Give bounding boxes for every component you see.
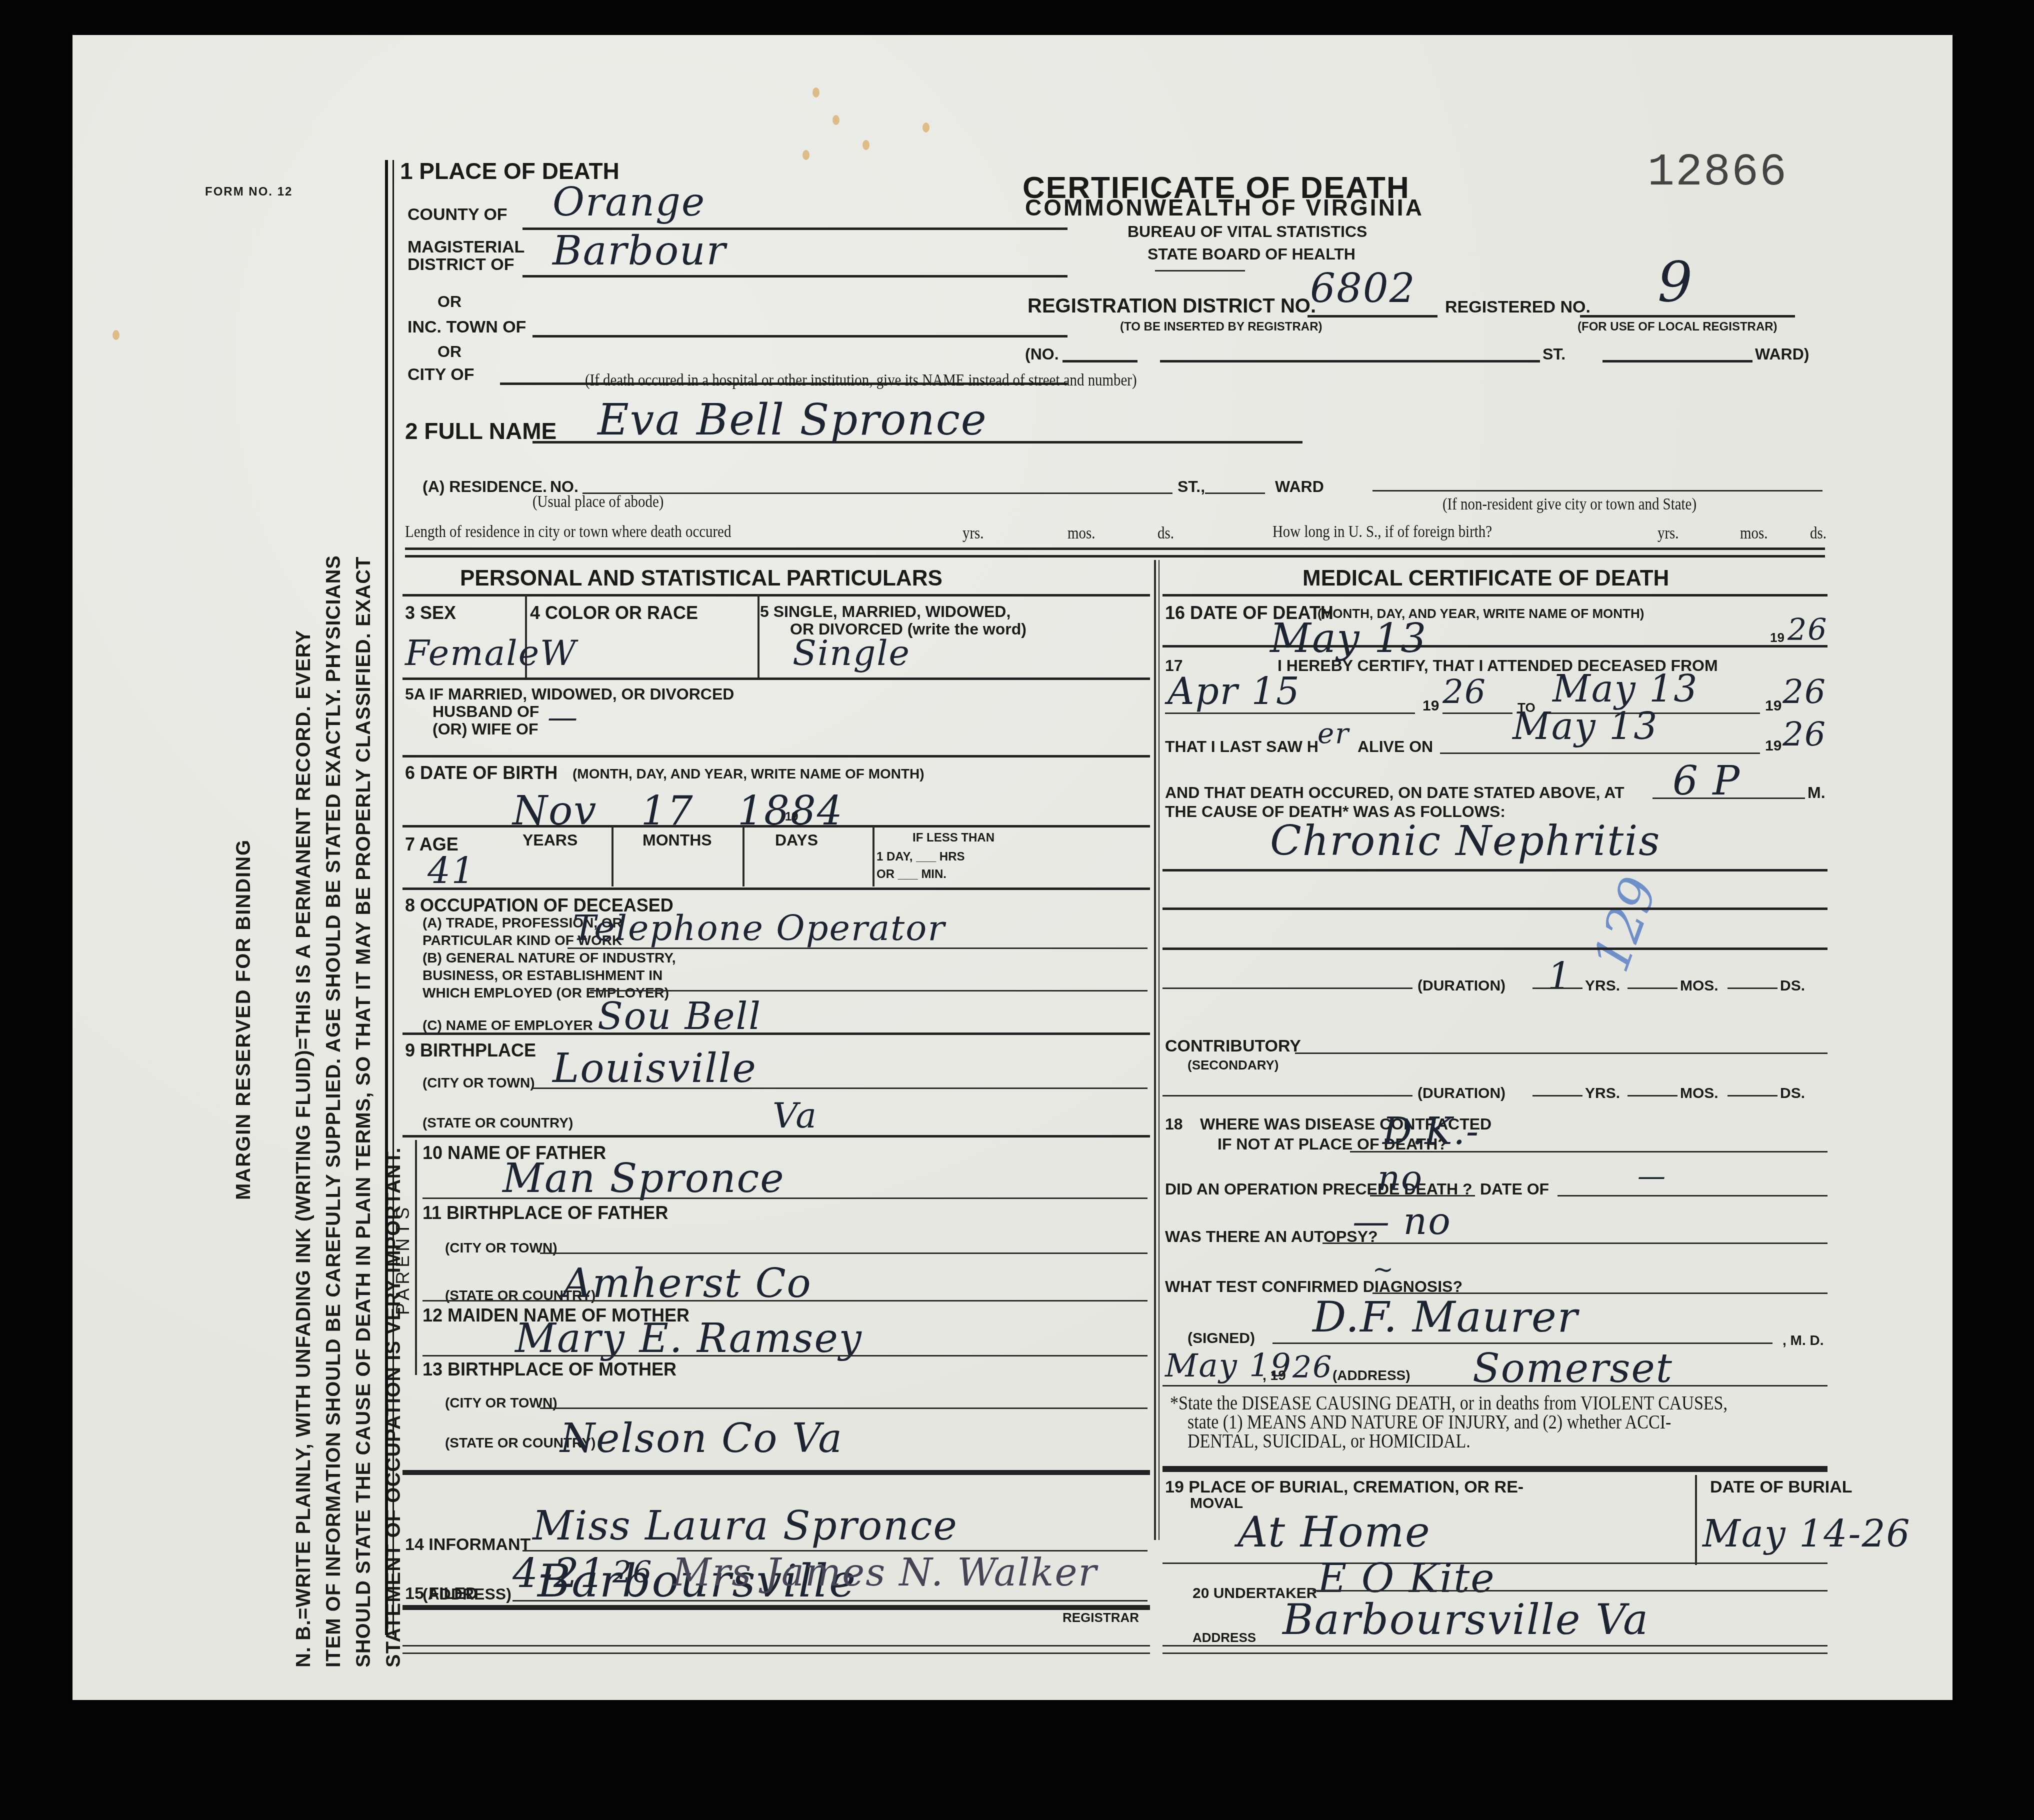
death-certificate-paper: FORM NO. 12 MARGIN RESERVED FOR BINDING … (72, 35, 1952, 1700)
contributory-line (1295, 1052, 1827, 1054)
duration-ds-2: DS. (1780, 1085, 1805, 1102)
duration-mos-2: MOS. (1680, 1085, 1718, 1102)
rule (402, 825, 1150, 827)
rule (422, 1355, 1147, 1356)
mother-birthplace-label: 13 BIRTHPLACE OF MOTHER (422, 1359, 676, 1380)
mother-birthplace-value: Nelson Co Va (560, 1415, 843, 1461)
rule-heavy (1162, 1466, 1827, 1472)
last-saw-year: 26 (1782, 715, 1826, 753)
operation-value: no (1377, 1157, 1423, 1198)
registration-district-value: 6802 (1310, 265, 1416, 311)
occ-b-2: BUSINESS, OR ESTABLISHMENT IN (422, 967, 662, 983)
cause-of-death-value: Chronic Nephritis (1270, 817, 1660, 865)
less-than-2: 1 DAY, ___ HRS (876, 850, 965, 864)
occ-b-1: (B) GENERAL NATURE OF INDUSTRY, (422, 950, 676, 966)
stain (862, 140, 869, 150)
nonresident-note: (If non-resident give city or town and S… (1442, 495, 1696, 514)
contributory-label: CONTRIBUTORY (1165, 1036, 1301, 1056)
occ-b-line (590, 990, 1147, 991)
sex-value: Female (405, 632, 540, 673)
residence-st-label: ST., (1177, 477, 1205, 496)
margin-instruction-2: ITEM OF INFORMATION SHOULD BE CAREFULLY … (322, 555, 345, 1667)
md-label: , M. D. (1782, 1332, 1823, 1348)
cell-divider (742, 826, 744, 886)
dob-note: (MONTH, DAY, AND YEAR, WRITE NAME OF MON… (572, 766, 924, 782)
stain (832, 115, 839, 125)
cause-line (1162, 947, 1827, 950)
inc-town-label: INC. TOWN OF (407, 317, 526, 337)
alive-on-label: ALIVE ON (1357, 737, 1433, 756)
less-than-1: IF LESS THAN (912, 831, 994, 845)
line (1442, 712, 1512, 714)
filed-label: 15 FILED (405, 1584, 477, 1603)
filed-year-value: 26 (612, 1555, 652, 1590)
full-name-value: Eva Bell Spronce (597, 395, 987, 445)
last-saw-year-prefix: 19 (1765, 737, 1781, 754)
physician-signature: D.F. Maurer (1312, 1292, 1578, 1341)
registrar-label: REGISTRAR (1062, 1610, 1139, 1625)
filed-date-value: 4-21 (512, 1550, 606, 1596)
birthplace-state-value: Va (772, 1095, 817, 1136)
physician-address-label: (ADDRESS) (1332, 1367, 1410, 1383)
attended-to-value: May 13 (1552, 667, 1698, 710)
bottom-rule (402, 1645, 1150, 1646)
duration-value: 1 (1547, 955, 1572, 998)
foreign-ds: ds. (1810, 524, 1826, 543)
rule (402, 677, 1150, 680)
duration-yrs: YRS. (1585, 977, 1620, 994)
dob-label: 6 DATE OF BIRTH (405, 762, 557, 783)
spouse-label-3: (OR) WIFE OF (432, 720, 538, 738)
dod-year-prefix: 19 (1770, 630, 1784, 645)
residence-label: (A) RESIDENCE. (422, 477, 547, 496)
length-of-residence-label: Length of residence in city or town wher… (405, 522, 731, 541)
county-label: COUNTY OF (407, 205, 507, 224)
years-label: YEARS (522, 831, 577, 849)
yrs-line (1532, 987, 1582, 989)
marital-value: Single (792, 632, 910, 673)
cause-line (1162, 907, 1827, 910)
attended-from-year: 26 (1442, 672, 1486, 711)
header-rule (1155, 270, 1245, 271)
age-value: 41 (427, 850, 475, 892)
death-time-line (1652, 797, 1805, 799)
autopsy-value: — no (1352, 1200, 1451, 1243)
registered-line (1580, 315, 1795, 317)
last-saw-label: THAT I LAST SAW H (1165, 737, 1318, 756)
district-line (1307, 315, 1437, 317)
personal-header: PERSONAL AND STATISTICAL PARTICULARS (460, 566, 942, 591)
rule-heavy (402, 1605, 1150, 1610)
commonwealth-title: COMMONWEALTH OF VIRGINIA (1025, 194, 1424, 221)
ds-line (1727, 987, 1777, 989)
employer-value: Sou Bell (597, 995, 761, 1038)
margin-instruction-3: SHOULD STATE THE CAUSE OF DEATH IN PLAIN… (352, 556, 375, 1667)
date-of-value: — (1637, 1160, 1666, 1192)
margin-rule (385, 160, 388, 1635)
burial-date-value: May 14-26 (1702, 1512, 1911, 1555)
district-note: (TO BE INSERTED BY REGISTRAR) (1120, 320, 1322, 334)
bottom-rule (1162, 1645, 1827, 1646)
duration-label: (DURATION) (1417, 977, 1505, 994)
rule (1162, 1385, 1827, 1386)
board-label: STATE BOARD OF HEALTH (1147, 245, 1355, 263)
months-label: MONTHS (642, 831, 712, 849)
margin-instruction-1: N. B.=WRITE PLAINLY, WITH UNFADING INK (… (292, 630, 315, 1667)
magisterial-line (522, 275, 1067, 277)
form-number: FORM NO. 12 (205, 185, 292, 199)
contracted-value: D.K.- (1382, 1110, 1479, 1153)
foreign-birth-label: How long in U. S., if of foreign birth? (1272, 522, 1492, 541)
father-birthplace-label: 11 BIRTHPLACE OF FATHER (422, 1202, 668, 1223)
county-value: Orange (552, 180, 705, 225)
inc-town-line (532, 335, 1067, 337)
stain (802, 150, 809, 160)
signed-year-prefix: , 19 (1262, 1367, 1286, 1383)
spouse-label-2: HUSBAND OF (432, 702, 539, 721)
magisterial-value: Barbour (552, 227, 726, 274)
rule (402, 755, 1150, 757)
signed-label: (SIGNED) (1187, 1330, 1255, 1347)
no-label: (NO. (1025, 345, 1059, 363)
institution-note: (If death occured in a hospital or other… (585, 371, 1137, 390)
mother-city-line (540, 1407, 1147, 1409)
cell-divider (872, 826, 874, 886)
or-label: OR (437, 342, 461, 361)
yrs-line (1532, 1095, 1582, 1096)
street-line (1160, 360, 1540, 362)
attended-to-year-prefix: 19 (1765, 697, 1781, 714)
residence-line (582, 492, 1172, 494)
ward-label: WARD) (1755, 345, 1809, 363)
registered-note: (FOR USE OF LOCAL REGISTRAR) (1577, 320, 1777, 334)
rule (402, 1135, 1150, 1137)
last-saw-pronoun: er (1317, 717, 1349, 750)
registered-number-value: 9 (1657, 250, 1693, 314)
ds-line (1727, 1095, 1777, 1096)
length-ds: ds. (1157, 524, 1174, 543)
burial-place-label-2: MOVAL (1190, 1495, 1243, 1512)
undertaker-address-value: Barboursville Va (1282, 1595, 1649, 1644)
section-rule (405, 547, 1825, 550)
length-yrs: yrs. (962, 524, 984, 543)
rule (422, 1197, 1147, 1199)
length-mos: mos. (1067, 524, 1095, 543)
attended-from-year-prefix: 19 (1422, 697, 1439, 714)
date-of-line (1557, 1195, 1827, 1196)
dod-year: 26 (1787, 612, 1827, 647)
last-saw-date: May 13 (1512, 705, 1658, 748)
spouse-value: — (547, 700, 578, 735)
cause-line (1162, 869, 1827, 871)
footnote-3: DENTAL, SUICIDAL, or HOMICIDAL. (1187, 1429, 1470, 1452)
stain (112, 330, 119, 340)
duration-line (1162, 987, 1412, 989)
father-name-value: Man Spronce (502, 1155, 785, 1201)
burial-divider (1695, 1475, 1697, 1565)
race-value: W (540, 632, 577, 673)
mos-line (1627, 1095, 1677, 1096)
undertaker-line (1312, 1590, 1827, 1591)
signed-line (1272, 1342, 1772, 1344)
informant-value: Miss Laura Spronce (532, 1502, 958, 1549)
foreign-yrs: yrs. (1657, 524, 1679, 543)
foreign-mos: mos. (1740, 524, 1767, 543)
last-saw-line (1440, 752, 1760, 754)
registration-district-label: REGISTRATION DISTRICT NO. (1027, 295, 1316, 317)
attended-from-line (1165, 712, 1415, 714)
duration-yrs-2: YRS. (1585, 1085, 1620, 1102)
stain (922, 122, 929, 132)
secondary-label: (SECONDARY) (1187, 1057, 1278, 1073)
rule (1162, 594, 1827, 596)
attended-from-value: Apr 15 (1167, 670, 1300, 713)
rule (1162, 645, 1827, 647)
rule (402, 1032, 1150, 1035)
occupation-value: Telephone Operator (572, 907, 945, 948)
residence-ward-line (1372, 490, 1822, 491)
burial-place-label-1: 19 PLACE OF BURIAL, CREMATION, OR RE- (1165, 1477, 1523, 1497)
serial-number: 12866 (1647, 147, 1787, 198)
sex-label: 3 SEX (405, 602, 456, 623)
rule-heavy (402, 1470, 1150, 1475)
dob-suffix: 19 (785, 810, 798, 824)
cell-divider (757, 595, 759, 677)
signed-year: 26 (1292, 1350, 1332, 1385)
death-time-label: AND THAT DEATH OCCURED, ON DATE STATED A… (1165, 783, 1624, 802)
registrar-signature: Mrs James N. Walker (672, 1550, 1097, 1594)
duration-line (1162, 1095, 1412, 1096)
bureau-label: BUREAU OF VITAL STATISTICS (1127, 222, 1367, 241)
margin-binding-note: MARGIN RESERVED FOR BINDING (232, 839, 255, 1200)
ward-line (1602, 360, 1752, 362)
magisterial-label-2: DISTRICT OF (407, 255, 514, 274)
street-no-line (1062, 360, 1137, 362)
abode-note: (Usual place of abode) (532, 492, 663, 511)
city-label: CITY OF (407, 365, 474, 384)
date-of-label: DATE OF (1480, 1180, 1549, 1198)
rule (402, 594, 1150, 596)
duration-ds: DS. (1780, 977, 1805, 994)
race-label: 4 COLOR OR RACE (530, 602, 698, 623)
birthplace-city-label: (CITY OR TOWN) (422, 1075, 535, 1091)
contracted-number: 18 (1165, 1115, 1183, 1133)
rule (422, 1300, 1147, 1301)
cell-divider (611, 826, 613, 886)
magisterial-label-1: MAGISTERIAL (407, 237, 524, 257)
medical-header: MEDICAL CERTIFICATE OF DEATH (1302, 566, 1669, 591)
mos-line (1627, 987, 1677, 989)
attended-to-year: 26 (1782, 672, 1826, 711)
test-value: ~ (1372, 1255, 1394, 1284)
parents-side-label: PARENTS (392, 1203, 413, 1315)
birthplace-state-label: (STATE OR COUNTRY) (422, 1115, 573, 1131)
informant-label: 14 INFORMANT (405, 1535, 530, 1554)
father-city-line (540, 1252, 1147, 1254)
undertaker-address-label: ADDRESS (1192, 1630, 1256, 1645)
or-label: OR (437, 292, 461, 311)
column-divider (1158, 560, 1159, 1540)
bottom-rule (1162, 1652, 1827, 1654)
stain (812, 87, 819, 97)
rule (402, 887, 1150, 890)
parents-divider (415, 1140, 417, 1375)
days-label: DAYS (775, 831, 818, 849)
less-than-3: OR ___ MIN. (876, 867, 946, 881)
birthplace-city-value: Louisville (552, 1045, 757, 1091)
duration-label-2: (DURATION) (1417, 1085, 1505, 1102)
filed-line (512, 1600, 1147, 1601)
birthplace-label: 9 BIRTHPLACE (405, 1040, 536, 1061)
duration-mos: MOS. (1680, 977, 1718, 994)
burial-date-label: DATE OF BURIAL (1710, 1477, 1852, 1497)
burial-place-value: At Home (1237, 1507, 1431, 1556)
residence-st-line (1205, 492, 1265, 494)
employer-label: (C) NAME OF EMPLOYER (422, 1017, 593, 1033)
registered-number-label: REGISTERED NO. (1445, 297, 1590, 317)
margin-rule (392, 160, 394, 1635)
st-label: ST. (1542, 345, 1565, 363)
bottom-rule (402, 1652, 1150, 1654)
marital-label-1: 5 SINGLE, MARRIED, WIDOWED, (760, 602, 1010, 621)
date-of-death-value: May 13 (1270, 615, 1427, 661)
column-divider (1154, 560, 1156, 1540)
full-name-label: 2 FULL NAME (405, 417, 556, 444)
blue-annotation: 129 (1581, 869, 1669, 979)
residence-ward-label: WARD (1275, 477, 1324, 496)
death-time-suffix: M. (1807, 783, 1825, 802)
section-rule (405, 555, 1825, 557)
